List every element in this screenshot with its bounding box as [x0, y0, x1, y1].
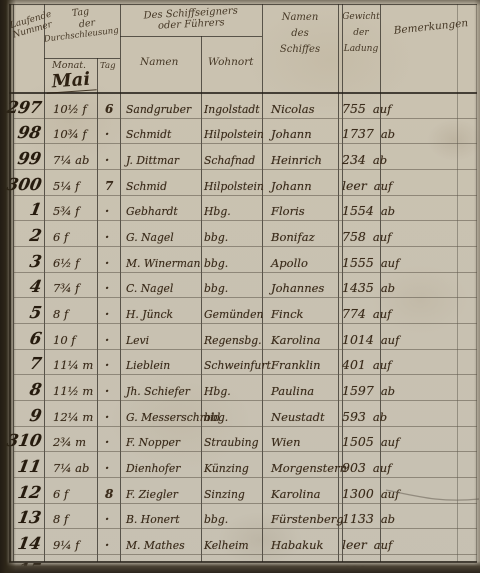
cargo-weight-text: leer — [342, 178, 367, 193]
entry-number: 6 — [13, 329, 44, 349]
lock-time: 6 f — [44, 487, 97, 503]
direction-text: ab — [381, 281, 395, 295]
lock-time: 7¼ ab — [44, 153, 97, 169]
owner-name-text: Gebhardt — [126, 205, 178, 218]
direction-text: auf — [373, 461, 392, 475]
lock-time: 6 f — [44, 230, 97, 246]
ledger-row: 9810¾ f·SchmidtHilpolsteinJohann1737ab — [13, 119, 477, 145]
direction-text: auf — [373, 307, 392, 321]
header-shipowner-group: Des Schiffseigners oder Führers — [120, 4, 263, 34]
ledger-row: 912¼ m·G. Messerschmidbbg.Neustadt593ab — [13, 401, 477, 427]
lock-time-text: 5¾ f — [53, 204, 79, 218]
month-entry: Mai — [45, 68, 96, 93]
cargo-weight-text: 1133 — [342, 511, 374, 526]
entry-number: 297 — [13, 98, 44, 118]
day-of-month: · — [97, 564, 120, 573]
entry-number-text: 3 — [28, 252, 43, 271]
entry-number: 2 — [13, 226, 44, 246]
owner-residence-text: bbg. — [204, 257, 228, 270]
cargo-weight-text: 774 — [342, 306, 366, 321]
owner-name-text: G. Nagel — [126, 231, 174, 244]
lock-time: 11½ m — [44, 384, 97, 400]
lock-time: 7¾ f — [44, 281, 97, 297]
cargo-weight-text: 1555 — [342, 255, 374, 270]
day-of-month: · — [97, 256, 120, 272]
owner-residence: bbg. — [201, 513, 262, 528]
remarks-cell — [376, 295, 477, 297]
cargo-weight: 1554ab — [338, 203, 376, 220]
direction-text: auf — [374, 538, 393, 552]
entry-number-text: 98 — [16, 123, 42, 142]
entry-number: 1 — [13, 200, 44, 220]
header-lock-passage-date: Tag der Durchschleusung — [42, 3, 121, 45]
cargo-weight-text: 593 — [342, 409, 366, 424]
cargo-weight-text: 401 — [342, 357, 366, 372]
ledger-row: 58 f·H. JünckGemündenFinck774auf — [13, 298, 477, 324]
ship-name-text: Neustadt — [271, 410, 325, 424]
lock-time-text: 10¾ f — [53, 127, 87, 141]
remarks-cell — [376, 270, 477, 272]
ledger-row: 36½ f·M. Winermanbbg.Apollo1555auf — [13, 247, 477, 273]
ledger-row: 997¼ ab·J. DittmarSchafnadHeinrich234ab — [13, 144, 477, 170]
day-of-month: 7 — [97, 179, 120, 195]
cargo-weight-text: 755 — [342, 101, 366, 116]
owner-name: Gebhardt — [120, 205, 201, 220]
direction-text: ab — [373, 410, 387, 424]
ship-name: Bonifaz — [262, 230, 338, 246]
direction-text: auf — [381, 435, 400, 449]
owner-name-text: Dienhofer — [126, 462, 180, 475]
ledger-row: 117¼ ab·DienhoferKünzingMorgenstern903au… — [13, 452, 477, 478]
lock-time: 2¾ m — [44, 435, 97, 451]
lock-time: 10½ f — [44, 102, 97, 118]
owner-name-text: Schmid — [126, 180, 167, 193]
direction-text: ab — [373, 564, 387, 573]
day-of-month: · — [97, 127, 120, 143]
owner-residence-text: Künzing — [204, 462, 249, 475]
lock-time: 10 f — [44, 333, 97, 349]
owner-residence: Kelheim — [201, 539, 262, 554]
lock-time-text: 8 f — [53, 307, 68, 321]
header-text: Durchschleusung — [41, 27, 122, 46]
ledger-row: 47¾ f·C. Nagelbbg.Johannes1435ab — [13, 273, 477, 299]
ship-name-text: Johann — [271, 127, 312, 141]
entry-number-text: 15 — [16, 560, 42, 573]
cargo-weight-text: 1554 — [342, 203, 374, 218]
owner-name: G. Messerschmid — [120, 411, 201, 426]
cargo-weight: 1555auf — [338, 255, 376, 272]
owner-name-text: J. Dittmar — [126, 154, 179, 167]
owner-residence-text: Sinzing — [204, 488, 245, 501]
owner-name: Dienhofer — [120, 462, 201, 477]
day-of-month-text: · — [105, 333, 109, 347]
entry-number: 12 — [13, 483, 44, 503]
owner-name-text: M. Mathes — [126, 539, 185, 552]
owner-name: F. Ziegler — [120, 488, 201, 503]
day-of-month-text: 7 — [105, 179, 113, 193]
entry-number: 14 — [13, 534, 44, 554]
column-divider — [9, 4, 11, 562]
owner-residence-text: bbg. — [204, 231, 228, 244]
cargo-weight-text: leer — [342, 537, 367, 552]
day-of-month: · — [97, 358, 120, 374]
entry-number: 310 — [13, 431, 44, 451]
owner-name: Jh. Schiefer — [120, 385, 201, 400]
owner-residence: bbg. — [201, 231, 262, 246]
day-of-month: 8 — [97, 487, 120, 503]
entry-number: 13 — [13, 508, 44, 528]
ledger-row: 26 f·G. Nagelbbg.Bonifaz758auf — [13, 221, 477, 247]
cargo-weight-text: 234 — [342, 152, 366, 167]
direction-text: ab — [381, 204, 395, 218]
ship-name: Habakuk — [262, 538, 338, 554]
day-of-month-text: · — [105, 461, 109, 475]
day-of-month: · — [97, 410, 120, 426]
entry-number-text: 6 — [28, 329, 43, 348]
cargo-weight: 903auf — [338, 460, 376, 477]
lock-time-text: 9¼ f — [53, 538, 79, 552]
owner-name: J. Dittmar — [120, 154, 201, 169]
ship-name: Apollo — [262, 256, 338, 272]
ship-name: Heinrich — [262, 564, 338, 573]
cargo-weight: 593ab — [338, 409, 376, 426]
entry-number-text: 2 — [28, 226, 43, 245]
cargo-weight: 1133ab — [338, 511, 376, 528]
cargo-weight: 1014auf — [338, 332, 376, 349]
ship-name-text: Habakuk — [271, 538, 323, 552]
entry-number-text: 300 — [5, 175, 43, 194]
remarks-cell — [376, 552, 477, 554]
ledger-row: 711¼ m·LiebleinSchweinfurtFranklin401auf — [13, 350, 477, 376]
cargo-weight-text: 1737 — [342, 126, 374, 141]
direction-text: auf — [373, 358, 392, 372]
owner-residence-text: Hbg. — [204, 385, 231, 398]
day-of-month: · — [97, 461, 120, 477]
day-of-month-text: · — [105, 153, 109, 167]
day-of-month-text: · — [105, 281, 109, 295]
owner-residence-text: Hilpolstein — [204, 128, 264, 141]
owner-residence-text: Schafnad — [204, 154, 255, 167]
owner-name-text: Levi — [126, 334, 149, 347]
lock-time: 5¼ f — [44, 179, 97, 195]
ledger-row: 811½ m·Jh. SchieferHbg.Paulina1597ab — [13, 375, 477, 401]
day-of-month-text: 8 — [105, 487, 113, 501]
subheader-name: Namen — [140, 56, 178, 68]
owner-name: Levi — [120, 334, 201, 349]
cargo-weight: 755auf — [338, 101, 376, 118]
owner-name: M. Mathes — [120, 539, 201, 554]
entry-number: 98 — [13, 123, 44, 143]
owner-residence: Regensbg. — [201, 334, 262, 349]
entry-number: 8 — [13, 380, 44, 400]
entry-number-text: 99 — [16, 149, 42, 168]
owner-name: M. Winerman — [120, 257, 201, 272]
header-text: Gewicht — [341, 12, 381, 22]
day-of-month: · — [97, 307, 120, 323]
owner-name: C. Nagel — [120, 282, 201, 297]
ship-name: Karolina — [262, 333, 338, 349]
day-of-month-text: · — [105, 384, 109, 398]
header-text: der — [341, 28, 381, 38]
cargo-weight-text: 1505 — [342, 434, 374, 449]
owner-name-text: M. Winerman — [126, 257, 200, 270]
day-of-month-text: · — [105, 230, 109, 244]
cargo-weight-text: 758 — [342, 229, 366, 244]
ship-name: Franklin — [262, 358, 338, 374]
cargo-weight: 1737ab — [338, 126, 376, 143]
cargo-weight: 1505auf — [338, 434, 376, 451]
ship-name: Finck — [262, 307, 338, 323]
ship-name: Neustadt — [262, 410, 338, 426]
day-of-month: · — [97, 384, 120, 400]
cargo-weight-text: 1014 — [342, 332, 374, 347]
direction-text: auf — [373, 230, 392, 244]
header-remarks: Bemerkungen — [386, 17, 477, 38]
entry-number: 15 — [13, 560, 44, 573]
ship-name-text: Karolina — [271, 333, 321, 347]
owner-residence-text: Hilpolstein — [204, 180, 264, 193]
owner-residence: Sinzing — [201, 488, 262, 503]
subheader-day: Tag — [100, 61, 116, 71]
day-of-month-text: · — [105, 307, 109, 321]
ship-name-text: Apollo — [271, 256, 308, 270]
owner-residence-text: bbg. — [204, 282, 228, 295]
ship-name: Johannes — [262, 281, 338, 297]
ship-name-text: Paulina — [271, 384, 314, 398]
owner-name: Gg. Schneider — [120, 565, 201, 573]
day-of-month: · — [97, 538, 120, 554]
cargo-weight-text: 1300 — [342, 486, 374, 501]
cargo-weight: 401auf — [338, 357, 376, 374]
owner-residence: Hilpolstein — [201, 180, 262, 195]
lock-time-text: 6½ f — [53, 256, 79, 270]
ship-name-text: Floris — [271, 204, 305, 218]
cargo-weight: 1300auf — [338, 486, 376, 503]
day-of-month-text: · — [105, 435, 109, 449]
day-of-month-text: · — [105, 410, 109, 424]
owner-name-text: F. Ziegler — [126, 488, 178, 501]
lock-time: 9¼ f — [44, 538, 97, 554]
ship-name-text: Bonifaz — [271, 230, 315, 244]
owner-name-text: B. Honert — [126, 513, 180, 526]
entry-number-text: 1 — [28, 200, 43, 219]
lock-time-text: 2¾ m — [53, 435, 86, 449]
entry-number: 4 — [13, 277, 44, 297]
ship-name-text: Morgenstern — [271, 461, 347, 475]
lock-time-text: 11¼ m — [53, 358, 93, 372]
owner-name: G. Nagel — [120, 231, 201, 246]
ledger-row: 149¼ f·M. MathesKelheimHabakukleerauf — [13, 529, 477, 555]
day-of-month: 6 — [97, 102, 120, 118]
entry-number-text: 310 — [5, 431, 43, 450]
entry-number-text: 13 — [16, 508, 42, 527]
direction-text: ab — [381, 384, 395, 398]
cargo-weight: 690ab — [338, 563, 376, 573]
owner-residence-text: Gemünden — [204, 308, 263, 321]
direction-text: auf — [374, 179, 393, 193]
direction-text: ab — [381, 127, 395, 141]
header-cargo-weight: Gewicht der Ladung — [341, 12, 381, 60]
owner-name-text: Schmidt — [126, 128, 171, 141]
day-of-month: · — [97, 435, 120, 451]
ship-name-text: Karolina — [271, 487, 321, 501]
lock-time-text: 7¼ ab — [53, 461, 89, 475]
owner-name-text: Gg. Schneider — [126, 565, 204, 573]
ship-name: Wien — [262, 435, 338, 451]
cargo-weight: 1435ab — [338, 280, 376, 297]
owner-name-text: Sandgruber — [126, 103, 191, 116]
ship-name: Morgenstern — [262, 461, 338, 477]
lock-time: 8 f — [44, 512, 97, 528]
owner-residence: bbg. — [201, 282, 262, 297]
owner-residence: Ingolstadt — [201, 103, 262, 118]
owner-name-text: H. Jünck — [126, 308, 173, 321]
ship-name-text: Wien — [271, 435, 301, 449]
remarks-cell — [376, 526, 477, 528]
cargo-weight: leerauf — [338, 537, 376, 554]
header-text: des — [262, 28, 338, 39]
header-text: Namen — [262, 12, 338, 23]
ship-name: Karolina — [262, 487, 338, 503]
day-of-month: · — [97, 230, 120, 246]
owner-name: H. Jünck — [120, 308, 201, 323]
ship-name: Johann — [262, 127, 338, 143]
direction-text: auf — [381, 333, 400, 347]
owner-name: F. Nopper — [120, 436, 201, 451]
remarks-cell — [376, 244, 477, 246]
entry-number-text: 8 — [28, 380, 43, 399]
remarks-cell — [376, 193, 477, 195]
day-of-month-text: · — [105, 204, 109, 218]
ship-name-text: Heinrich — [271, 564, 322, 573]
day-of-month-text: 6 — [105, 102, 113, 116]
remarks-cell — [376, 321, 477, 323]
cargo-weight: leerauf — [338, 178, 376, 195]
day-of-month-text: · — [105, 538, 109, 552]
owner-residence-text: bbg. — [204, 411, 228, 424]
direction-text: auf — [381, 256, 400, 270]
owner-residence: Künzing — [201, 462, 262, 477]
cargo-weight: 774auf — [338, 306, 376, 323]
day-of-month-text: · — [105, 358, 109, 372]
ship-name-text: Johann — [271, 179, 312, 193]
lock-time-text: 2 m — [53, 564, 75, 573]
owner-name: Lieblein — [120, 359, 201, 374]
day-of-month: · — [97, 281, 120, 297]
lock-time-text: 6 f — [53, 230, 68, 244]
ledger-row: 3005¼ f7SchmidHilpolsteinJohannleerauf — [13, 170, 477, 196]
ledger-row: 3102¾ m·F. NopperStraubingWien1505auf — [13, 427, 477, 453]
owner-residence: Hbg. — [201, 385, 262, 400]
owner-name: Schmid — [120, 180, 201, 195]
lock-time: 5¾ f — [44, 204, 97, 220]
remarks-cell — [376, 372, 477, 374]
entry-number-text: 5 — [28, 303, 43, 322]
entry-number: 3 — [13, 252, 44, 272]
owner-residence-text: Schweinfurt — [204, 359, 271, 372]
pencil-stroke — [382, 483, 480, 509]
entry-number: 300 — [13, 175, 44, 195]
day-of-month-text: · — [105, 127, 109, 141]
lock-time-text: 10 f — [53, 333, 76, 347]
owner-residence-text: bbg. — [204, 565, 228, 573]
owner-name-text: F. Nopper — [126, 436, 180, 449]
lock-time-text: 8 f — [53, 512, 68, 526]
lock-time-text: 11½ m — [53, 384, 93, 398]
remarks-cell — [376, 141, 477, 143]
entry-number-text: 11 — [16, 457, 42, 476]
lock-time-text: 7¼ ab — [53, 153, 89, 167]
cargo-weight: 1597ab — [338, 383, 376, 400]
lock-time-text: 5¼ f — [53, 179, 79, 193]
header-text: Schiffes — [262, 44, 338, 55]
entry-number-text: 9 — [28, 406, 43, 425]
header-text: Ladung — [341, 44, 381, 54]
owner-group-underline — [120, 36, 262, 37]
date-group-underline — [44, 58, 120, 59]
ship-name-text: Johannes — [271, 281, 324, 295]
owner-name-text: Jh. Schiefer — [126, 385, 190, 398]
owner-name-text: C. Nagel — [126, 282, 173, 295]
remarks-cell — [376, 449, 477, 451]
remarks-cell — [376, 475, 477, 477]
owner-name: Schmidt — [120, 128, 201, 143]
owner-residence-text: Kelheim — [204, 539, 249, 552]
ledger-row: 15¾ f·GebhardtHbg.Floris1554ab — [13, 196, 477, 222]
subheader-residence: Wohnort — [208, 56, 254, 68]
lock-time: 2 m — [44, 564, 97, 573]
lock-time: 8 f — [44, 307, 97, 323]
ship-name-text: Heinrich — [271, 153, 322, 167]
ship-name-text: Nicolas — [271, 102, 315, 116]
lock-time-text: 10½ f — [53, 102, 87, 116]
owner-residence-text: Ingolstadt — [204, 103, 260, 116]
owner-name-text: Lieblein — [126, 359, 170, 372]
owner-residence-text: Hbg. — [204, 205, 231, 218]
cargo-weight: 234ab — [338, 152, 376, 169]
entry-number: 5 — [13, 303, 44, 323]
lock-time-text: 7¾ f — [53, 281, 79, 295]
entry-number-text: 297 — [5, 98, 43, 117]
header-ship-name: Namen des Schiffes — [262, 12, 338, 61]
ship-name-text: Fürstenberg — [271, 512, 344, 526]
day-of-month: · — [97, 512, 120, 528]
owner-residence: bbg. — [201, 565, 262, 573]
owner-residence: Schweinfurt — [201, 359, 262, 374]
ship-name: Johann — [262, 179, 338, 195]
lock-time-text: 12¼ m — [53, 410, 93, 424]
entry-number: 9 — [13, 406, 44, 426]
owner-residence: Hbg. — [201, 205, 262, 220]
entry-number-text: 7 — [28, 354, 43, 373]
lock-time: 7¼ ab — [44, 461, 97, 477]
owner-residence-text: Regensbg. — [204, 334, 262, 347]
ship-name-text: Finck — [271, 307, 303, 321]
entry-number-text: 14 — [16, 534, 42, 553]
ship-name: Paulina — [262, 384, 338, 400]
ledger-row: 29710½ f6SandgruberIngolstadtNicolas755a… — [13, 93, 477, 119]
entry-number-text: 4 — [28, 277, 43, 296]
ship-name: Floris — [262, 204, 338, 220]
remarks-cell — [376, 218, 477, 220]
remarks-cell — [376, 347, 477, 349]
day-of-month-text: · — [105, 256, 109, 270]
direction-text: ab — [373, 153, 387, 167]
lock-time: 11¼ m — [44, 358, 97, 374]
cargo-weight-text: 690 — [342, 563, 366, 573]
ship-name-text: Franklin — [271, 358, 320, 372]
entry-number: 11 — [13, 457, 44, 477]
